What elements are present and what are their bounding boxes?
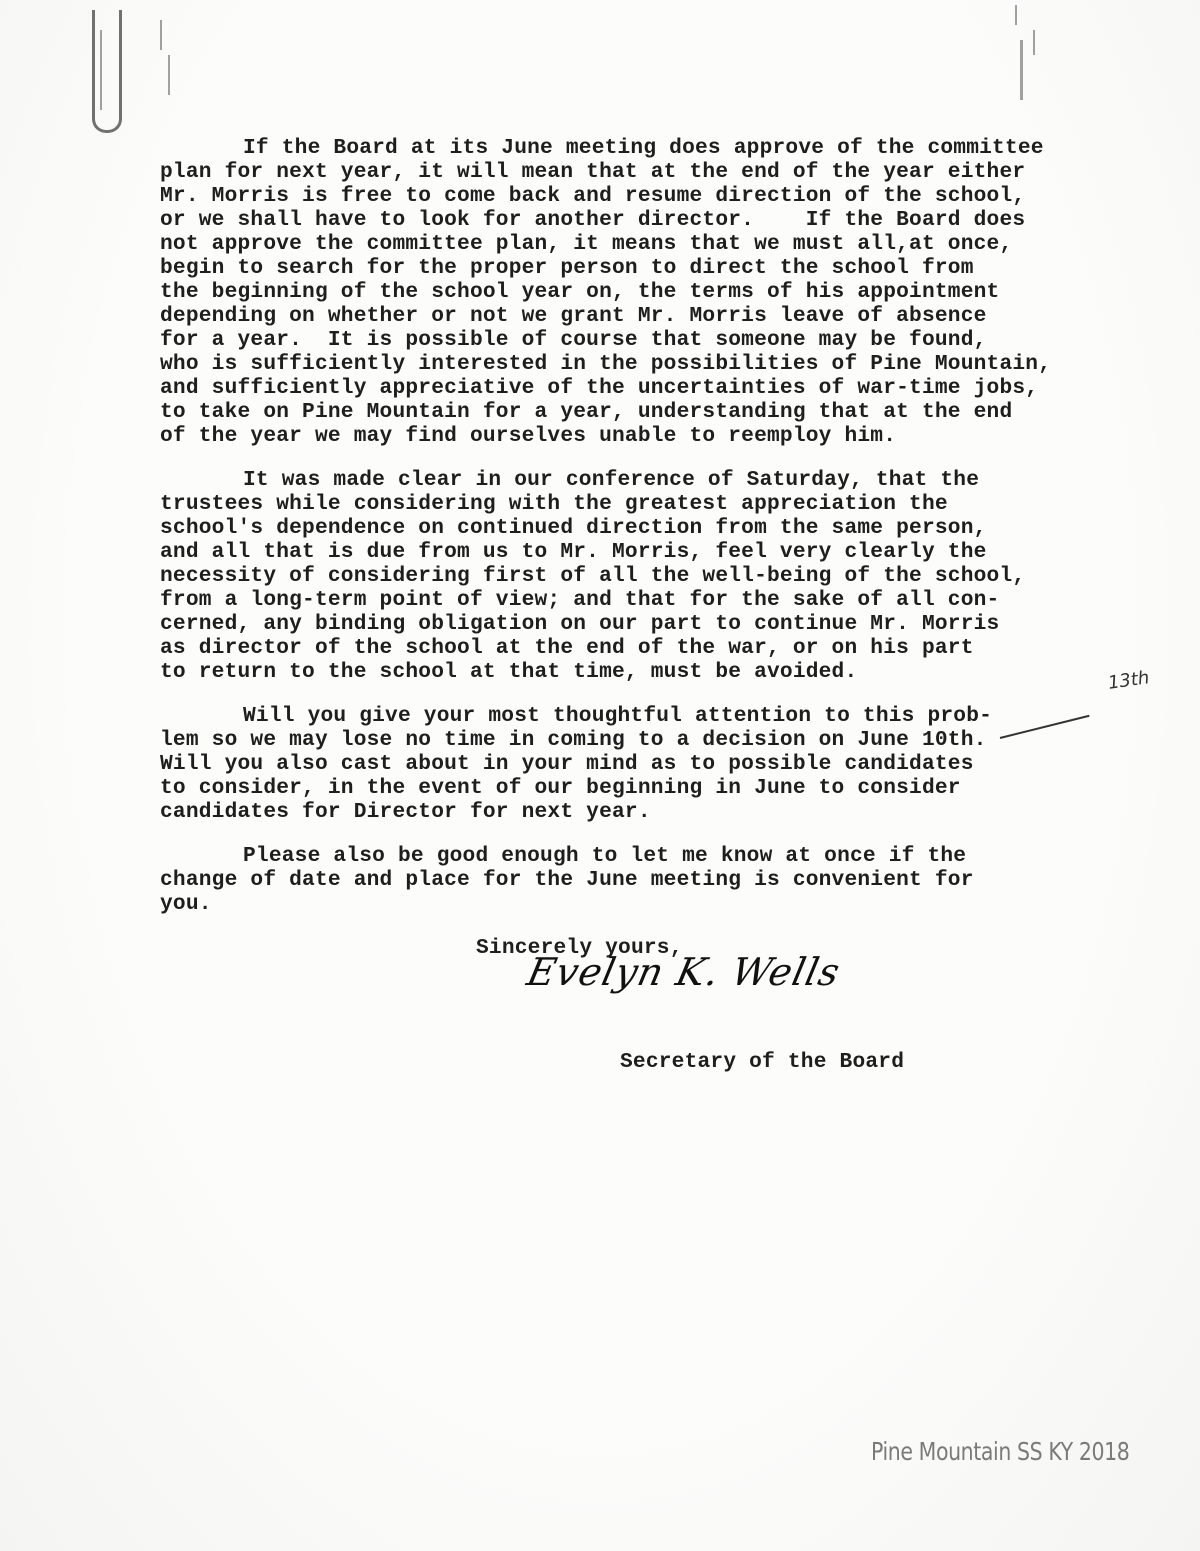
- paragraph-1-line-10: who is sufficiently interested in the po…: [160, 352, 1051, 376]
- scan-speck: [1020, 40, 1023, 100]
- paragraph-2-line-2: trustees while considering with the grea…: [160, 492, 948, 516]
- handwritten-signature: Evelyn K. Wells: [523, 950, 844, 994]
- paragraph-1-line-13: of the year we may find ourselves unable…: [160, 424, 896, 448]
- paragraph-1-line-9: for a year. It is possible of course tha…: [160, 328, 987, 352]
- paragraph-1-line-6: begin to search for the proper person to…: [160, 256, 974, 280]
- paragraph-1-line-2: plan for next year, it will mean that at…: [160, 160, 1025, 184]
- handwritten-correction: 13th: [1107, 667, 1151, 694]
- paragraph-2-line-9: to return to the school at that time, mu…: [160, 660, 857, 684]
- paragraph-1-line-8: depending on whether or not we grant Mr.…: [160, 304, 987, 328]
- scan-speck: [1033, 30, 1035, 55]
- signer-title: Secretary of the Board: [620, 1050, 904, 1074]
- scan-speck: [168, 55, 170, 95]
- scan-speck: [160, 20, 162, 50]
- paragraph-4-line-2: change of date and place for the June me…: [160, 868, 974, 892]
- paragraph-3-line-1: Will you give your most thoughtful atten…: [243, 704, 992, 728]
- paragraph-2-line-1: It was made clear in our conference of S…: [243, 468, 979, 492]
- paragraph-2-line-6: from a long-term point of view; and that…: [160, 588, 999, 612]
- paragraph-3-line-4: to consider, in the event of our beginni…: [160, 776, 961, 800]
- paragraph-1-line-1: If the Board at its June meeting does ap…: [243, 136, 1044, 160]
- paragraph-4-line-1: Please also be good enough to let me kno…: [243, 844, 966, 868]
- paragraph-2-line-4: and all that is due from us to Mr. Morri…: [160, 540, 987, 564]
- scan-speck: [1015, 5, 1017, 25]
- paragraph-1-line-12: to take on Pine Mountain for a year, und…: [160, 400, 1012, 424]
- paragraph-3-line-5: candidates for Director for next year.: [160, 800, 651, 824]
- paragraph-1-line-3: Mr. Morris is free to come back and resu…: [160, 184, 1025, 208]
- paragraph-4-line-3: you.: [160, 892, 212, 916]
- paragraph-1-line-11: and sufficiently appreciative of the unc…: [160, 376, 1038, 400]
- paragraph-3-line-3: Will you also cast about in your mind as…: [160, 752, 974, 776]
- paragraph-1-line-7: the beginning of the school year on, the…: [160, 280, 999, 304]
- paragraph-1-line-5: not approve the committee plan, it means…: [160, 232, 1012, 256]
- handwritten-strike-mark: [1000, 715, 1090, 739]
- paragraph-2-line-3: school's dependence on continued directi…: [160, 516, 987, 540]
- paragraph-3-line-2: lem so we may lose no time in coming to …: [160, 728, 987, 752]
- archive-watermark: Pine Mountain SS KY 2018: [871, 1437, 1129, 1466]
- paragraph-2-line-5: necessity of considering first of all th…: [160, 564, 1025, 588]
- letter-page: If the Board at its June meeting does ap…: [0, 0, 1200, 1551]
- paragraph-2-line-7: cerned, any binding obligation on our pa…: [160, 612, 999, 636]
- paper-clip-inner-mark: [100, 30, 108, 110]
- paragraph-2-line-8: as director of the school at the end of …: [160, 636, 974, 660]
- paragraph-1-line-4: or we shall have to look for another dir…: [160, 208, 1025, 232]
